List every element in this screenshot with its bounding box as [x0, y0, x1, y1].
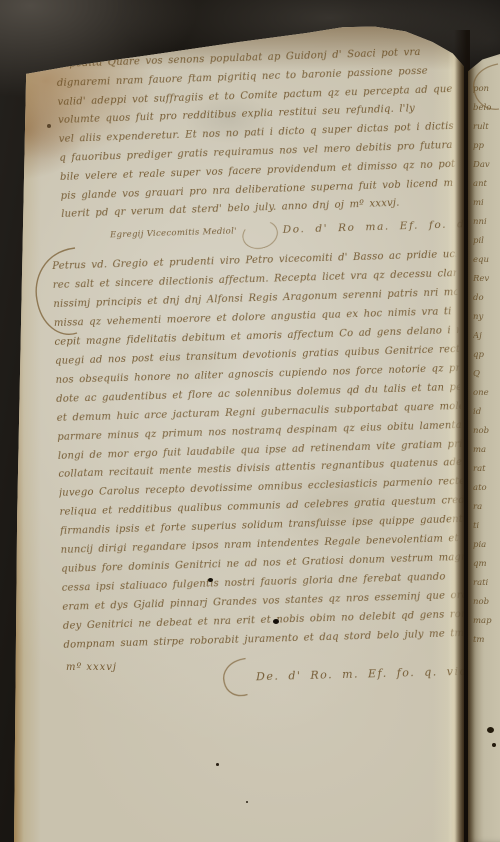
adjacent-text-fragment: Rev [473, 270, 500, 289]
adjacent-text-fragment: ato [473, 479, 500, 498]
adjacent-text-fragment: qm [473, 555, 500, 574]
adjacent-text-fragment: Dav [473, 156, 500, 175]
adjacent-text-fragment: qp [473, 346, 500, 365]
adjacent-text-fragment: one [473, 384, 500, 403]
photo-background: impedita Quare vos senons populabat ap G… [0, 0, 500, 842]
ink-spot [216, 763, 219, 766]
heading-flourish-icon [239, 216, 281, 253]
adjacent-text-fragment: nni [473, 213, 500, 232]
adjacent-text-fragment: nob [473, 593, 500, 612]
ink-spot [47, 124, 51, 128]
adjacent-text-fragment: map [473, 612, 500, 631]
adjacent-text-fragment: rat [473, 460, 500, 479]
adjacent-text-fragment: ant [473, 175, 500, 194]
section-heading-left-note: Egregij Vicecomitis Mediol' [110, 226, 237, 240]
adjacent-text-fragment: ma [473, 441, 500, 460]
adjacent-text-fragment: Q [473, 365, 500, 384]
adjacent-text-fragment: belo [473, 99, 500, 118]
closing-note: De. d' Ro. m. Ef. fo. q. vic [219, 649, 467, 699]
adjacent-page-edge: ponbelorultppDavantminnipilequRevdonyAjq… [468, 54, 500, 842]
ink-spot [246, 801, 248, 803]
adjacent-text-fragment: pp [473, 137, 500, 156]
wormhole-spot [487, 727, 494, 733]
closing-note-text: De. d' Ro. m. Ef. fo. q. vic [256, 664, 467, 683]
adjacent-text-fragment: pon [473, 80, 500, 99]
manuscript-page: impedita Quare vos senons populabat ap G… [14, 24, 464, 842]
wormhole-spot [273, 619, 279, 624]
adjacent-page-text: ponbelorultppDavantminnipilequRevdonyAjq… [473, 80, 500, 650]
adjacent-text-fragment: id [473, 403, 500, 422]
paragraph-1: impedita Quare vos senons populabat ap G… [56, 43, 457, 225]
adjacent-text-fragment: mi [473, 194, 500, 213]
adjacent-text-fragment: rati [473, 574, 500, 593]
adjacent-text-fragment: equ [473, 251, 500, 270]
adjacent-text-fragment: rult [473, 118, 500, 137]
paragraph-2: Petrus vd. Gregio et prudenti viro Petro… [52, 246, 468, 656]
adjacent-text-fragment: Aj [473, 327, 500, 346]
paragraph-2-final-line: mº xxxvj [66, 662, 117, 673]
adjacent-text-fragment: ny [473, 308, 500, 327]
adjacent-text-fragment: ti [473, 517, 500, 536]
adjacent-text-fragment: ra [473, 498, 500, 517]
ink-spot [208, 578, 213, 582]
adjacent-text-fragment: tm [473, 631, 500, 650]
wormhole-spot [492, 743, 496, 747]
closing-flourish-icon [219, 654, 250, 699]
adjacent-text-fragment: pil [473, 232, 500, 251]
adjacent-text-fragment: do [473, 289, 500, 308]
adjacent-text-fragment: pia [473, 536, 500, 555]
adjacent-text-fragment: nob [473, 422, 500, 441]
page-crease-shadow [454, 30, 470, 842]
